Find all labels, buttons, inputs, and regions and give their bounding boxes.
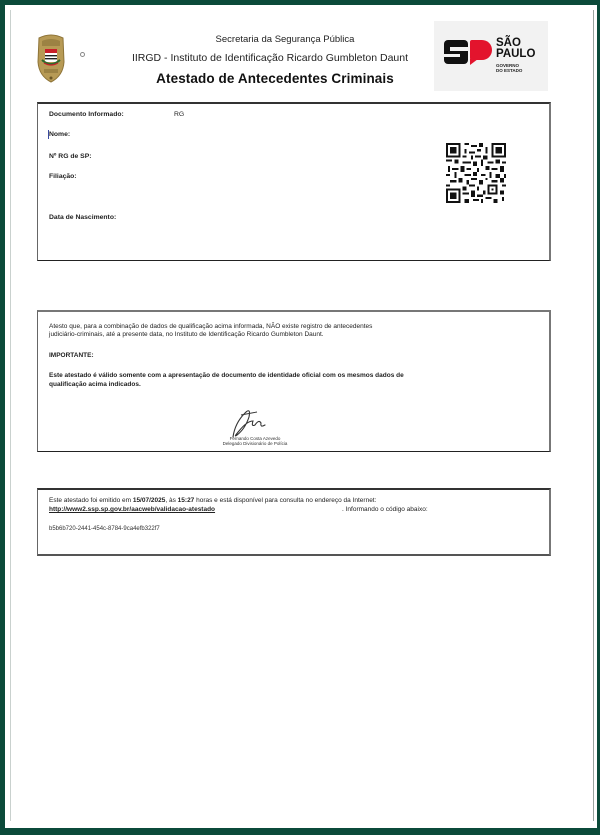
validation-section: Este atestado foi emitido em 15/07/2025,… [37,488,551,556]
logo-text-do-estado: DO ESTADO [496,68,522,73]
field-label-filiacao: Filiação: [49,173,77,180]
sp-p-mark-icon [470,40,492,60]
logo-text-paulo: PAULO [496,49,535,60]
secretariat-name: Secretaria da Segurança Pública [120,34,450,45]
validation-url-link[interactable]: http://www2.ssp.sp.gov.br/aacweb/validac… [49,506,215,514]
validation-after-url: . Informando o código abaixo: [342,506,428,514]
issue-time: 15:27 [178,497,195,504]
field-label-nascimento: Data de Nascimento: [49,214,116,221]
validation-text-mid: , às [165,497,177,504]
validation-code: b5b6b720-2441-454c-8784-9ca4efb322f7 [49,525,160,533]
sp-p-tail-icon [470,59,478,65]
important-line-2: qualificação acima indicados. [49,381,141,389]
validation-text-suffix: horas e está disponível para consulta no… [194,497,376,504]
important-line-1: Este atestado é válido somente com a apr… [49,372,404,380]
institute-name: IIRGD - Instituto de Identificação Ricar… [90,52,450,64]
field-label-documento: Documento Informado: [49,111,124,118]
issue-date: 15/07/2025 [133,497,166,504]
signatory-role: Delegado Divisionário de Polícia [180,441,330,446]
validation-text-prefix: Este atestado foi emitido em [49,497,133,504]
decorative-dot [80,52,85,57]
qr-code-icon [446,140,506,206]
field-label-nome: Nome: [49,131,70,138]
statement-line-1: Atesto que, para a combinação de dados d… [49,323,372,331]
validation-sentence: Este atestado foi emitido em 15/07/2025,… [49,497,376,505]
sao-paulo-government-logo: SÃO PAULO GOVERNO DO ESTADO [434,21,548,91]
field-label-rg-sp: Nº RG de SP: [49,153,92,160]
important-label: IMPORTANTE: [49,352,94,360]
sp-s-mark-icon [444,40,468,64]
document-title: Atestado de Antecedentes Criminais [110,71,440,86]
policia-civil-badge-icon [36,32,66,84]
field-value-documento: RG [174,111,184,118]
statement-line-2: judiciário-criminais, até a presente dat… [49,331,324,339]
